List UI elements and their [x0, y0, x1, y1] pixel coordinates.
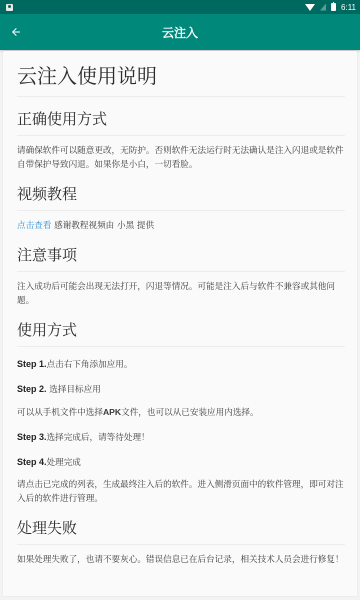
section-heading-notes: 注意事项 [17, 245, 345, 272]
signal-icon [320, 4, 326, 11]
failure-text: 如果处理失败了，也请不要灰心。错误信息已在后台记录，相关技术人员会进行修复！ [17, 553, 345, 567]
step-2-detail-post: 文件，也可以从已安装应用内选择。 [121, 408, 259, 418]
status-time: 6:11 [341, 3, 356, 12]
step-3: Step 3.选择完成后，请等待处理！ [17, 430, 345, 445]
step-4: Step 4.处理完成 [17, 455, 345, 470]
status-bar: 6:11 [0, 0, 360, 14]
step-label: Step 3. [17, 432, 47, 442]
step-label: Step 2. [17, 384, 47, 394]
video-tutorial-paragraph: 点击查看 感谢教程视频由 小黑 提供 [17, 219, 345, 233]
back-button[interactable] [1, 14, 31, 50]
app-title: 云注入 [0, 24, 360, 41]
step-2-detail-pre: 可以从手机文件中选择 [17, 408, 103, 418]
section-heading-video-tutorial: 视频教程 [17, 184, 345, 211]
instructions-card: 云注入使用说明 正确使用方式 请确保软件可以随意更改，无防护。否则软件无法运行时… [3, 51, 357, 596]
page-title: 云注入使用说明 [17, 51, 345, 97]
app-bar: 云注入 [0, 14, 360, 50]
section-heading-failure: 处理失败 [17, 518, 345, 545]
step-text: 处理完成 [47, 458, 81, 468]
arrow-left-icon [10, 26, 22, 38]
notification-icon [6, 4, 13, 11]
step-1: Step 1.点击右下角添加应用。 [17, 357, 345, 372]
step-label: Step 4. [17, 457, 47, 467]
apk-text: APK [103, 407, 121, 417]
step-text: 点击右下角添加应用。 [47, 360, 133, 370]
step-2-detail: 可以从手机文件中选择APK文件，也可以从已安装应用内选择。 [17, 405, 345, 420]
step-2: Step 2. 选择目标应用 [17, 382, 345, 397]
notes-text: 注入成功后可能会出现无法打开，闪退等情况。可能是注入后与软件不兼容或其他问题。 [17, 280, 345, 308]
view-video-link[interactable]: 点击查看 [17, 221, 51, 231]
step-4-detail: 请点击已完成的列表，生成最终注入后的软件。进入侧滑页面中的软件管理，即可对注入后… [17, 478, 345, 506]
step-text: 选择目标应用 [47, 385, 101, 395]
battery-icon [331, 3, 336, 11]
section-heading-how-to-use: 使用方式 [17, 320, 345, 347]
step-label: Step 1. [17, 359, 47, 369]
section-heading-correct-usage: 正确使用方式 [17, 109, 345, 136]
wifi-icon [305, 4, 315, 11]
step-text: 选择完成后，请等待处理！ [47, 433, 150, 443]
video-credit-text: 感谢教程视频由 小黑 提供 [51, 221, 154, 231]
correct-usage-text: 请确保软件可以随意更改，无防护。否则软件无法运行时无法确认是注入闪退或是软件自带… [17, 144, 345, 172]
